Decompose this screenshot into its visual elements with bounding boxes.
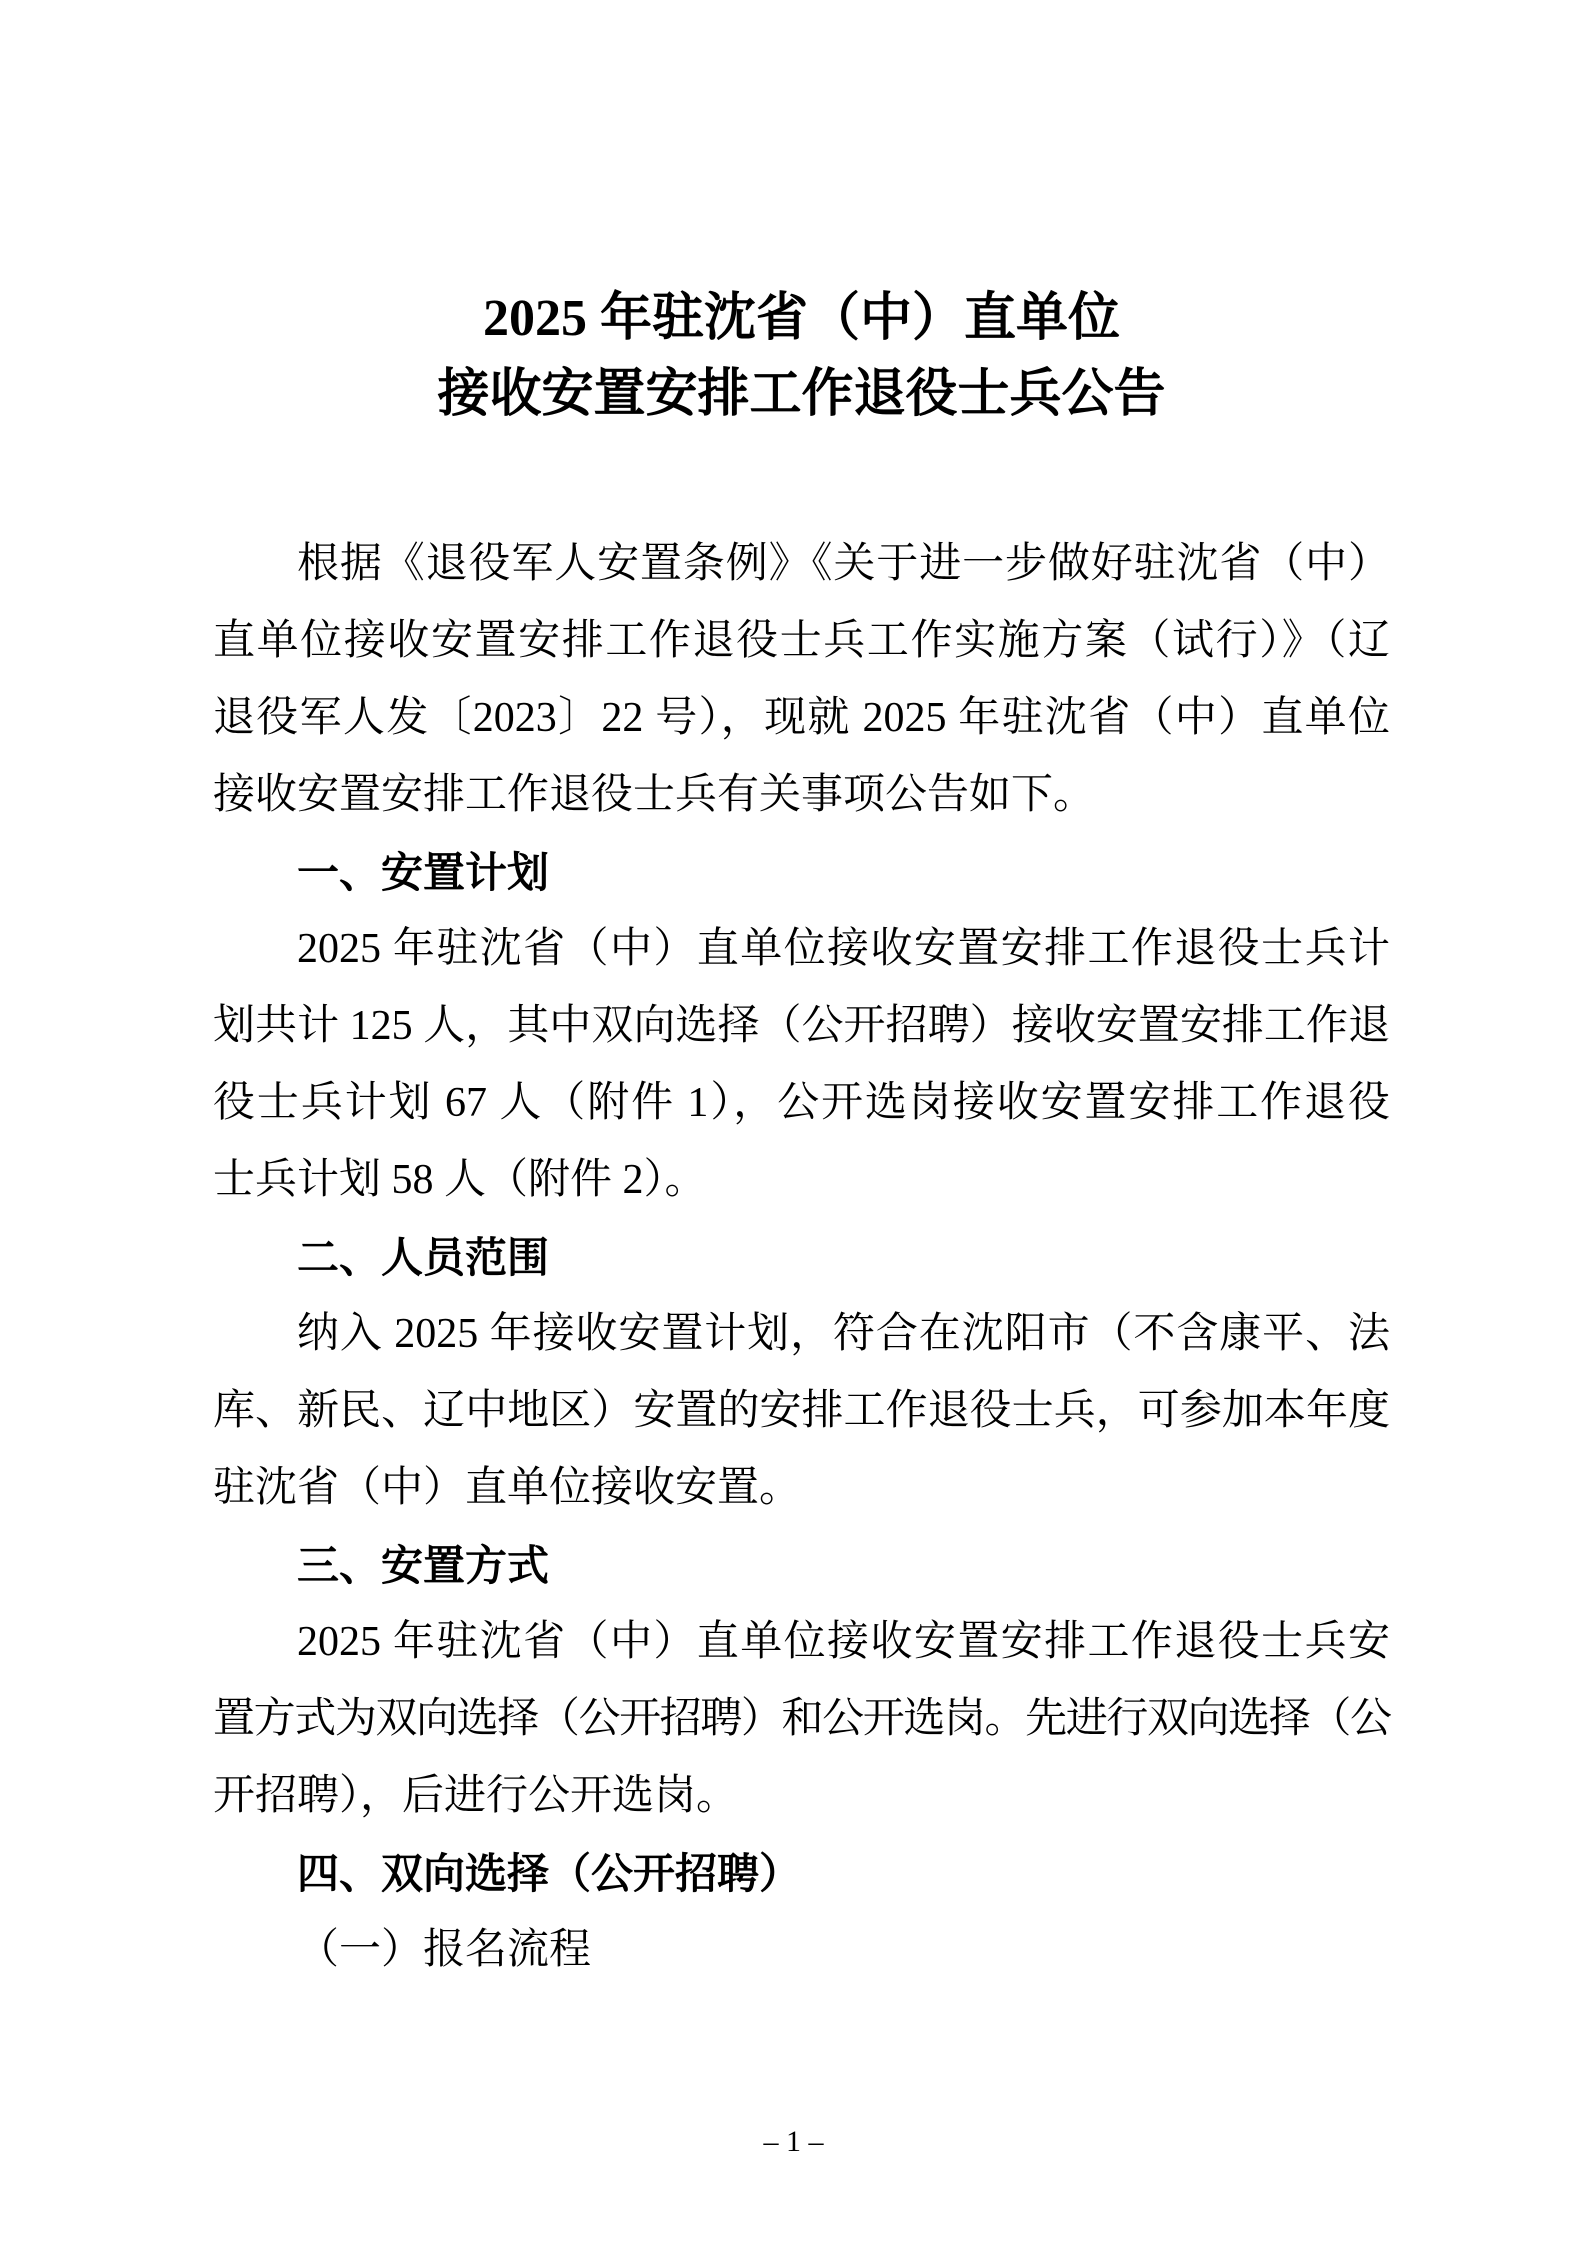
paragraph-line: 2025 年驻沈省（中）直单位接收安置安排工作退役士兵计 bbox=[213, 911, 1390, 988]
paragraph-line: 根据《退役军人安置条例》《关于进一步做好驻沈省（中） bbox=[213, 526, 1390, 603]
text-column: 2025 年驻沈省（中）直单位 接收安置安排工作退役士兵公告 根据《退役军人安置… bbox=[213, 0, 1390, 1989]
document-page: 2025 年驻沈省（中）直单位 接收安置安排工作退役士兵公告 根据《退役军人安置… bbox=[0, 0, 1587, 2245]
page-number: – 1 – bbox=[0, 2124, 1587, 2160]
document-title-line-2: 接收安置安排工作退役士兵公告 bbox=[213, 357, 1390, 433]
paragraph-line: 置方式为双向选择（公开招聘）和公开选岗。先进行双向选择（公 bbox=[213, 1681, 1390, 1758]
section-4: 四、双向选择（公开招聘） （一）报名流程 bbox=[213, 1835, 1390, 1989]
section-2: 二、人员范围 纳入 2025 年接收安置计划，符合在沈阳市（不含康平、法 库、新… bbox=[213, 1219, 1390, 1527]
section-3-heading: 三、安置方式 bbox=[213, 1527, 1390, 1604]
paragraph-line: 退役军人发〔2023〕22 号），现就 2025 年驻沈省（中）直单位 bbox=[213, 680, 1390, 757]
paragraph-line: 纳入 2025 年接收安置计划，符合在沈阳市（不含康平、法 bbox=[213, 1296, 1390, 1373]
section-1-heading: 一、安置计划 bbox=[213, 834, 1390, 911]
section-4-heading: 四、双向选择（公开招聘） bbox=[213, 1835, 1390, 1912]
paragraph-line: 役士兵计划 67 人（附件 1），公开选岗接收安置安排工作退役 bbox=[213, 1065, 1390, 1142]
section-3: 三、安置方式 2025 年驻沈省（中）直单位接收安置安排工作退役士兵安 置方式为… bbox=[213, 1527, 1390, 1835]
paragraph-line: 直单位接收安置安排工作退役士兵工作实施方案（试行）》（辽 bbox=[213, 603, 1390, 680]
paragraph-line: 开招聘），后进行公开选岗。 bbox=[213, 1758, 1390, 1835]
intro-paragraph: 根据《退役军人安置条例》《关于进一步做好驻沈省（中） 直单位接收安置安排工作退役… bbox=[213, 526, 1390, 834]
paragraph-line: 驻沈省（中）直单位接收安置。 bbox=[213, 1450, 1390, 1527]
paragraph-line: 接收安置安排工作退役士兵有关事项公告如下。 bbox=[213, 757, 1390, 834]
paragraph-line: 士兵计划 58 人（附件 2）。 bbox=[213, 1142, 1390, 1219]
document-body: 根据《退役军人安置条例》《关于进一步做好驻沈省（中） 直单位接收安置安排工作退役… bbox=[213, 526, 1390, 1989]
document-title: 2025 年驻沈省（中）直单位 接收安置安排工作退役士兵公告 bbox=[213, 281, 1390, 433]
section-1: 一、安置计划 2025 年驻沈省（中）直单位接收安置安排工作退役士兵计 划共计 … bbox=[213, 834, 1390, 1219]
section-2-heading: 二、人员范围 bbox=[213, 1219, 1390, 1296]
paragraph-line: 2025 年驻沈省（中）直单位接收安置安排工作退役士兵安 bbox=[213, 1604, 1390, 1681]
section-4-subheading: （一）报名流程 bbox=[213, 1912, 1390, 1989]
document-title-line-1: 2025 年驻沈省（中）直单位 bbox=[213, 281, 1390, 357]
paragraph-line: 库、新民、辽中地区）安置的安排工作退役士兵，可参加本年度 bbox=[213, 1373, 1390, 1450]
paragraph-line: 划共计 125 人，其中双向选择（公开招聘）接收安置安排工作退 bbox=[213, 988, 1390, 1065]
